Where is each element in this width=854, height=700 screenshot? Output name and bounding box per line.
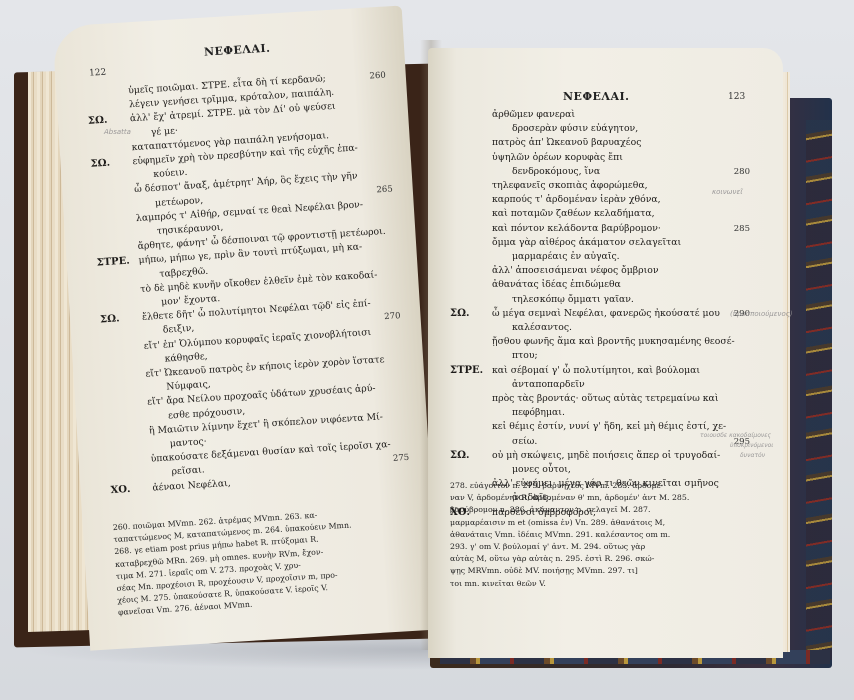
apparatus-line: ψῃς MRVmn. οὐδὲ MV. ποιήσῃς MVmn. 297. τ…: [450, 565, 760, 577]
indent: [92, 177, 154, 181]
right-page: ΝΕΦΕΛΑΙ. 123 ἀρθῶμεν φανεραὶδροσερὰν φύσ…: [428, 48, 783, 658]
line-number: 280: [734, 165, 750, 179]
verse-line: ὄμμα γὰρ αἰθέρος ἀκάματον σελαγεῖται: [450, 236, 750, 250]
indent: [93, 206, 155, 210]
verse-line: πρὸς τὰς βροντάς· οὕτως αὐτὰς τετρεμαίνω…: [450, 392, 750, 406]
verse-text-line: δροσερὰν φύσιν εὐάγητον,: [512, 123, 638, 134]
verse-line: τηλεφανεῖς σκοπιὰς ἀφορώμεθα,: [450, 179, 750, 193]
verse-line: ἀθανάτας ἰδέας ἐπιδώμεθα: [450, 278, 750, 292]
verse-text-line: τηλεσκόπῳ ὄμματι γαῖαν.: [512, 294, 634, 305]
verse-line: καρπούς τ' ἀρδομέναν ἱερὰν χθόνα,: [450, 193, 750, 207]
verse-line: τηλεσκόπῳ ὄμματι γαῖαν.: [450, 293, 750, 307]
verse-text-line: ταβρεχθῶ.: [159, 265, 208, 279]
speaker-label: ΧΟ.: [110, 481, 153, 498]
running-head: ΝΕΦΕΛΑΙ.: [563, 90, 629, 103]
verse-text-line: ὦ μέγα σεμναὶ Νεφέλαι, φανερῶς ἠκούσατέ …: [492, 308, 720, 319]
verse-text-line: μονες οὗτοι,: [512, 464, 571, 475]
indent: [90, 150, 132, 153]
verse-line: ᾔσθου φωνῆς ἅμα καὶ βροντῆς μυκησαμένης …: [450, 335, 750, 349]
verse-line: ἀλλ' ἀποσεισάμεναι νέφος ὄμβριον: [450, 264, 750, 278]
pencil-annotation: Absatta: [104, 128, 131, 136]
verse-text-line: γέ με·: [150, 125, 178, 138]
indent: [98, 276, 160, 280]
verse-line: ὑψηλῶν ὀρέων κορυφὰς ἔπι: [450, 151, 750, 165]
verse-text-line: ὄμμα γὰρ αἰθέρος ἀκάματον σελαγεῖται: [492, 237, 681, 248]
left-page: 122 ΝΕΦΕΛΑΙ. ὑμεῖς ποιῶμαι. ΣΤΡΕ. εἶτα δ…: [52, 5, 440, 650]
pencil-annotation: (προσποιούμενος): [730, 310, 793, 318]
indent: [87, 107, 129, 110]
indent: [95, 234, 157, 238]
indent: [106, 418, 168, 422]
verse-text-line: πατρὸς ἀπ' Ὠκεανοῦ βαρυαχέος: [492, 137, 641, 148]
verse-text-line: καὶ πόντον κελάδοντα βαρύβρομον·: [492, 223, 661, 234]
verse-text-line: κεἰ θέμις ἐστίν, νυνί γ' ἤδη, κεἰ μὴ θέμ…: [492, 421, 726, 432]
verse-line: ἀρθῶμεν φανεραὶ: [450, 108, 750, 122]
verse-text-line: δενδροκόμους, ἵνα: [512, 166, 600, 177]
verse-text-line: σείω.: [512, 436, 537, 447]
verse-text-line: ἀλλ' ἀποσεισάμεναι νέφος ὄμβριον: [492, 265, 659, 276]
verse-text-line: ὑψηλῶν ὀρέων κορυφὰς ἔπι: [492, 152, 623, 163]
indent: [99, 292, 141, 295]
verse-line: πεφόβημαι.: [450, 406, 750, 420]
pencil-annotation: δυνατόν: [740, 452, 765, 459]
verse-line: ΣΩ.ὦ μέγα σεμναὶ Νεφέλαι, φανερῶς ἠκούσα…: [450, 307, 750, 321]
verse-line: ΣΤΡΕ.καὶ σέβομαί γ' ὦ πολυτίμητοι, καὶ β…: [450, 364, 750, 378]
apparatus-line: ναν V, ἀρδομένην R, ἀρδομέναν θ' mn, ἀρδ…: [450, 492, 760, 504]
apparatus-line: μαρμαρέαισιν m et (omissa ἐν) Vn. 289. ἀ…: [450, 517, 760, 529]
line-number: 275: [393, 451, 410, 466]
verse-text-line: ᾔσθου φωνῆς ἅμα καὶ βροντῆς μυκησαμένης …: [492, 336, 735, 347]
verse-line: ἀνταποπαρδεῖν: [450, 378, 750, 392]
line-number: 285: [734, 222, 750, 236]
verse-line: μαρμαρέαις ἐν αὐγαῖς.: [450, 250, 750, 264]
verse-text-line: ἀρθῶμεν φανεραὶ: [492, 109, 575, 120]
pencil-annotation: κοινωνεῖ: [712, 188, 743, 196]
indent: [101, 333, 163, 337]
running-head: ΝΕΦΕΛΑΙ.: [204, 42, 271, 59]
verse-text-line: ἀνταποπαρδεῖν: [512, 379, 585, 390]
verse-text-line: ἀθανάτας ἰδέας ἐπιδώμεθα: [492, 279, 621, 290]
verse-text-line: πτου;: [512, 350, 538, 361]
verse-line: πατρὸς ἀπ' Ὠκεανοῦ βαρυαχέος: [450, 136, 750, 150]
critical-apparatus: 260. ποιῶμαι MVmn. 262. ἀτρέμας MVmn. 26…: [113, 504, 418, 620]
verse-text-line: Νύμφαις,: [166, 379, 211, 393]
verse-text-line: ρεῖσαι.: [171, 465, 205, 478]
speaker-label: ΣΩ.: [450, 307, 492, 321]
verse-text-line: καλέσαντος.: [512, 322, 572, 333]
indent: [86, 93, 128, 96]
verse-text-line: ἀέναοι Νεφέλαι,: [152, 478, 231, 494]
line-number: 270: [384, 310, 401, 325]
marbled-board-edge: [806, 120, 832, 660]
verse-text: ἀρθῶμεν φανεραὶδροσερὰν φύσιν εὐάγητον,π…: [450, 108, 750, 520]
verse-text-line: καὶ σέβομαί γ' ὦ πολυτίμητοι, καὶ βούλομ…: [492, 365, 700, 376]
line-number: 265: [376, 182, 393, 197]
apparatus-line: ἀθανάταις Vmn. ἰδέαις MVmn. 291. καλέσαν…: [450, 529, 760, 541]
indent: [110, 475, 172, 479]
indent: [99, 305, 161, 309]
indent: [94, 221, 136, 224]
apparatus-line: βαρύβρομον n. 286. ἀκάμαντον n. σελαγεῖ …: [450, 504, 760, 516]
pencil-annotation: τοιουσδε κακοδαίμονες: [700, 432, 771, 439]
verse-line: μονες οὗτοι,: [450, 463, 750, 477]
apparatus-line: τοι mn. κινεῖται θεῶν V.: [450, 578, 760, 590]
verse-text-line: μαντος·: [170, 436, 207, 449]
indent: [93, 193, 135, 196]
verse-line: καὶ ποταμῶν ζαθέων κελαδήματα,: [450, 207, 750, 221]
verse-text-line: δειξιν,: [163, 323, 195, 336]
verse-text-line: μαρμαρέαις ἐν αὐγαῖς.: [512, 251, 620, 262]
indent: [106, 405, 148, 408]
verse-text-line: οὐ μὴ σκώψεις, μηδὲ ποιήσεις ἅπερ οἱ τρυ…: [492, 450, 720, 461]
speaker-label: ΣΩ.: [450, 449, 492, 463]
indent: [103, 361, 165, 365]
apparatus-line: 293. γ' om V. βούλομαί γ' ἀντ. M. 294. ο…: [450, 541, 760, 553]
indent: [105, 390, 167, 394]
indent: [102, 349, 144, 352]
apparatus-line: 278. εὐάγοιτον n. 279. βαρυηχέος MVm. 28…: [450, 480, 760, 492]
indent: [96, 249, 138, 252]
indent: [109, 462, 151, 465]
verse-text-line: καρπούς τ' ἀρδομέναν ἱερὰν χθόνα,: [492, 194, 661, 205]
verse-text-line: κάθησθε,: [164, 351, 208, 365]
verse-text-line: μετέωρον,: [155, 195, 204, 209]
verse-text-line: τηλεφανεῖς σκοπιὰς ἀφορώμεθα,: [492, 180, 648, 191]
verse-text-line: καὶ ποταμῶν ζαθέων κελαδήματα,: [492, 208, 655, 219]
verse-text-line: κούειν.: [153, 167, 188, 180]
verse-line: πτου;: [450, 349, 750, 363]
verse-line: δενδροκόμους, ἵνα280: [450, 165, 750, 179]
verse-text-line: μον' ἔχοντα.: [161, 293, 221, 308]
verse-line: καλέσαντος.: [450, 321, 750, 335]
verse-text: ὑμεῖς ποιῶμαι. ΣΤΡΕ. εἶτα δὴ τί κερδανῶ;…: [86, 69, 411, 498]
indent: [107, 434, 149, 437]
verse-line: ΣΩ.οὐ μὴ σκώψεις, μηδὲ ποιήσεις ἅπερ οἱ …: [450, 449, 750, 463]
apparatus-line: αὐτὰς M, οὕτω γὰρ αὐτὰς n. 295. ἐστὶ R. …: [450, 553, 760, 565]
verse-text-line: πεφόβημαι.: [512, 407, 565, 418]
speaker-label: ΣΤΡΕ.: [450, 364, 492, 378]
page-number: 123: [728, 92, 745, 102]
indent: [104, 377, 146, 380]
indent: [108, 447, 170, 451]
page-number: 122: [89, 68, 107, 79]
verse-text-line: πρὸς τὰς βροντάς· οὕτως αὐτὰς τετρεμαίνω…: [492, 393, 718, 404]
pencil-annotation: ὑποκρινόμενοι: [730, 442, 773, 449]
critical-apparatus: 278. εὐάγοιτον n. 279. βαρυηχέος MVm. 28…: [450, 480, 760, 590]
verse-line: καὶ πόντον κελάδοντα βαρύβρομον·285: [450, 222, 750, 236]
verse-line: δροσερὰν φύσιν εὐάγητον,: [450, 122, 750, 136]
line-number: 260: [369, 69, 386, 84]
